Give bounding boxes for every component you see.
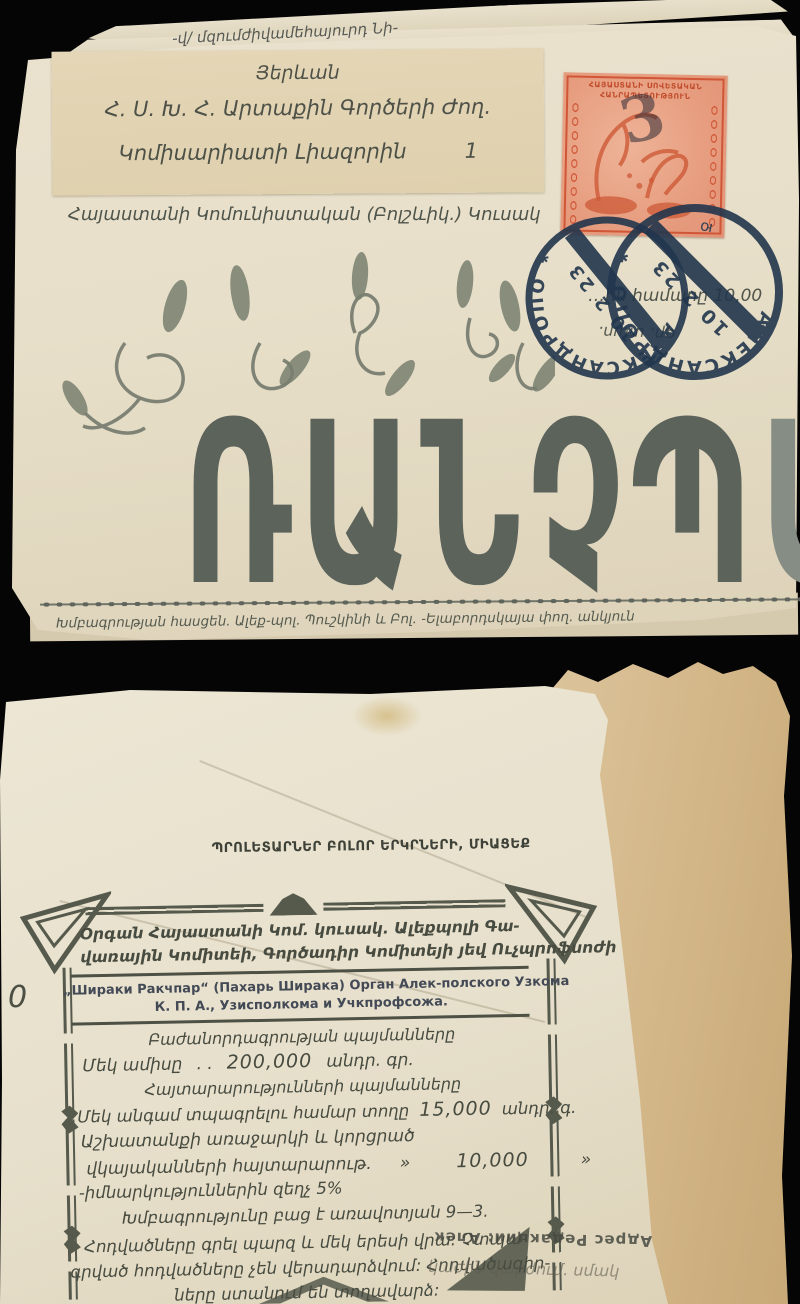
ads-row2-mark2: » bbox=[581, 1150, 592, 1170]
alexandropol-postmark-right: АЛЕКСАНДРОПОЛЬ 10 2 23 ✱ ✱ ю bbox=[586, 183, 800, 401]
ads-row1-label: Մեկ անգամ տպագրելու համար տողը bbox=[77, 1101, 409, 1126]
frame-center-ornament bbox=[263, 893, 323, 916]
organ-line-2: վառային Կոմիտեի, Գործադիր Կոմիտեյի յեվ Ո… bbox=[80, 940, 520, 966]
postmark-star: ✱ bbox=[616, 247, 631, 265]
masthead-title: ՌԱՆՉՊԱՐ bbox=[182, 403, 800, 610]
address-label: Յերևան Հ. Ս. Խ. Հ. Արտաքին Գործերի Ժող. … bbox=[52, 48, 545, 195]
subscription-unit: անդր. գր. bbox=[326, 1050, 414, 1072]
ads-row-2b: վկայականների հայտարարութ. » 10,000 » bbox=[86, 1148, 591, 1180]
ads-row-1: Մեկ անգամ տպագրելու համար տողը 15,000 ան… bbox=[77, 1096, 576, 1128]
ads-row1-unit: անդր. գ. bbox=[502, 1098, 577, 1118]
discount-line: -իմնարկություններին զեղչ 5% bbox=[79, 1178, 343, 1202]
subscription-price: 200,000 bbox=[226, 1050, 312, 1074]
ads-header: Հայտարարությունների պայմանները bbox=[83, 1073, 523, 1100]
masthead-right: ԱՐ bbox=[760, 403, 800, 610]
subscription-dots: . . bbox=[196, 1054, 213, 1074]
frame-top-bar-left bbox=[85, 904, 263, 915]
ads-row2-label: վկայականների հայտարարութ. bbox=[86, 1154, 372, 1179]
back-cover-photo: ՊՐՈԼԵՏԱՐՆԵՐ ԲՈԼՈՐ ԵՐԿՐՆԵՐԻ, ՄԻԱՑԵՔ bbox=[0, 650, 800, 1304]
auction-photo-scene: -վ/ մզումժիվամեհայուրդ Նի- Յերևան Հ. Ս. … bbox=[0, 0, 800, 1304]
ads-row2-price: 10,000 bbox=[456, 1149, 529, 1172]
margin-zero-character: 0 bbox=[8, 980, 27, 1015]
masthead-left: ՌԱՆՉՊ bbox=[182, 403, 760, 610]
postmark-serial-letter: ю bbox=[698, 218, 714, 238]
address-line-city: Յերևան bbox=[52, 60, 544, 85]
address-line-recipient-row: Կոմիսարիատի Լիազորին 1 bbox=[52, 138, 544, 165]
address-line-recipient: Կոմիսարիատի Լիազորին bbox=[118, 139, 406, 165]
stain-spot bbox=[352, 696, 422, 736]
note-line-3: ները ստանում են տողավարձ: bbox=[87, 1279, 527, 1304]
subscription-label: Մեկ ամիսը bbox=[82, 1054, 182, 1076]
copy-number: 1 bbox=[464, 139, 478, 163]
frame-top-bar-right bbox=[323, 899, 505, 910]
ads-row-2a: Աշխատանքի առաջարկի և կորցրած bbox=[81, 1126, 415, 1152]
ads-row2-mark1: » bbox=[400, 1153, 411, 1173]
subscription-header: Բաժանորդագրության պայմանները bbox=[82, 1023, 522, 1050]
postmark-star: ✱ bbox=[537, 248, 552, 266]
ads-row1-price: 15,000 bbox=[419, 1098, 492, 1121]
masthead-clip: ՌԱՆՉՊԱՐ bbox=[180, 403, 800, 610]
subscription-row: Մեկ ամիսը . . 200,000 անդր. գր. bbox=[82, 1048, 414, 1076]
address-line-org: Հ. Ս. Խ. Հ. Արտաքին Գործերի Ժող. bbox=[52, 94, 544, 121]
organ-line-1: Օրգան Հայաստանի Կոմ. կուսակ. Ալեքպոլի Գա… bbox=[80, 917, 520, 943]
front-cover-photo: -վ/ մզումժիվամեհայուրդ Նի- Յերևան Հ. Ս. … bbox=[0, 0, 800, 650]
hours-line: Խմբագրությունը բաց է առավոտյան 9—3. bbox=[85, 1201, 525, 1228]
party-imprint-line: Հայաստանի Կոմունիստական (Բոլշևիկ.) Կուսա… bbox=[68, 204, 541, 225]
